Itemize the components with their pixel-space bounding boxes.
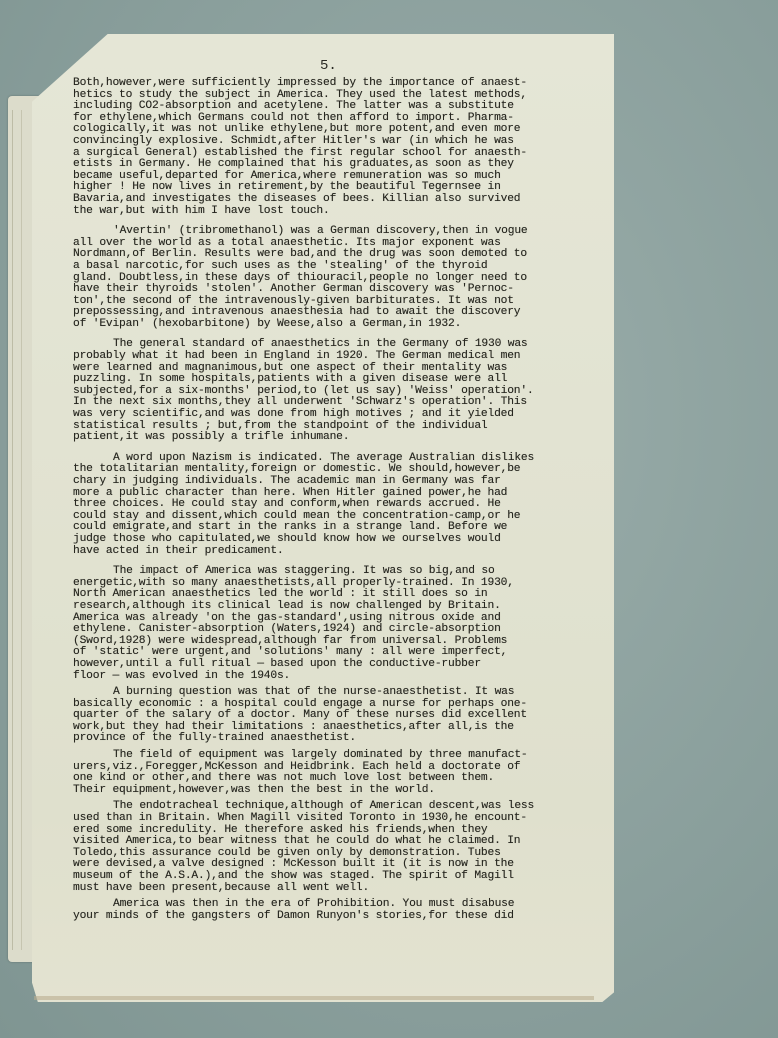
text-line: The impact of America was staggering. It… <box>73 566 585 578</box>
text-line: 'Avertin' (tribromethanol) was a German … <box>73 226 585 238</box>
text-line: province of the fully-trained anaestheti… <box>73 733 585 745</box>
text-line: convincingly explosive. Schmidt,after Hi… <box>73 136 585 148</box>
text-line: chary in judging individuals. The academ… <box>73 476 585 488</box>
text-line: patient,it was possibly a trifle inhuman… <box>73 432 585 444</box>
paragraph: 'Avertin' (tribromethanol) was a German … <box>73 226 585 330</box>
text-line: Bavaria,and investigates the diseases of… <box>73 194 585 206</box>
page-number: 5. <box>320 58 337 74</box>
document-body: Both,however,were sufficiently impressed… <box>73 78 585 931</box>
paragraph: The general standard of anaesthetics in … <box>73 339 585 443</box>
text-line: the war,but with him I have lost touch. <box>73 206 585 218</box>
text-line: research,although its clinical lead is n… <box>73 601 585 613</box>
paragraph: A word upon Nazism is indicated. The ave… <box>73 453 585 557</box>
text-line: have acted in their predicament. <box>73 546 585 558</box>
text-line: Their equipment,however,was then the bes… <box>73 785 585 797</box>
text-line: have their thyroids 'stolen'. Another Ge… <box>73 284 585 296</box>
paragraph: The field of equipment was largely domin… <box>73 750 585 796</box>
text-line: your minds of the gangsters of Damon Run… <box>73 911 585 923</box>
text-line: judge those who capitulated,we should kn… <box>73 534 585 546</box>
paragraph: A burning question was that of the nurse… <box>73 687 585 745</box>
text-line: Both,however,were sufficiently impressed… <box>73 78 585 90</box>
paragraph: The endotracheal technique,although of A… <box>73 801 585 894</box>
text-line: of 'Evipan' (hexobarbitone) by Weese,als… <box>73 319 585 331</box>
paragraph: The impact of America was staggering. It… <box>73 566 585 682</box>
text-line: used than in Britain. When Magill visite… <box>73 813 585 825</box>
text-line: probably what it had been in England in … <box>73 351 585 363</box>
text-line: museum of the A.S.A.),and the show was s… <box>73 871 585 883</box>
underlying-page-edge <box>12 110 22 950</box>
text-line: etists in Germany. He complained that hi… <box>73 159 585 171</box>
text-line: however,until a full ritual — based upon… <box>73 659 585 671</box>
text-line: floor — was evolved in the 1940s. <box>73 671 585 683</box>
text-line: A burning question was that of the nurse… <box>73 687 585 699</box>
text-line: was very scientific,and was done from hi… <box>73 409 585 421</box>
paragraph: Both,however,were sufficiently impressed… <box>73 78 585 217</box>
text-line: must have been present,because all went … <box>73 883 585 895</box>
page-bottom-edge <box>34 996 594 1000</box>
text-line: The field of equipment was largely domin… <box>73 750 585 762</box>
paragraph: America was then in the era of Prohibiti… <box>73 899 585 922</box>
text-line: ethylene. Canister-absorption (Waters,19… <box>73 624 585 636</box>
text-line: a basal narcotic,for such uses as the 's… <box>73 261 585 273</box>
